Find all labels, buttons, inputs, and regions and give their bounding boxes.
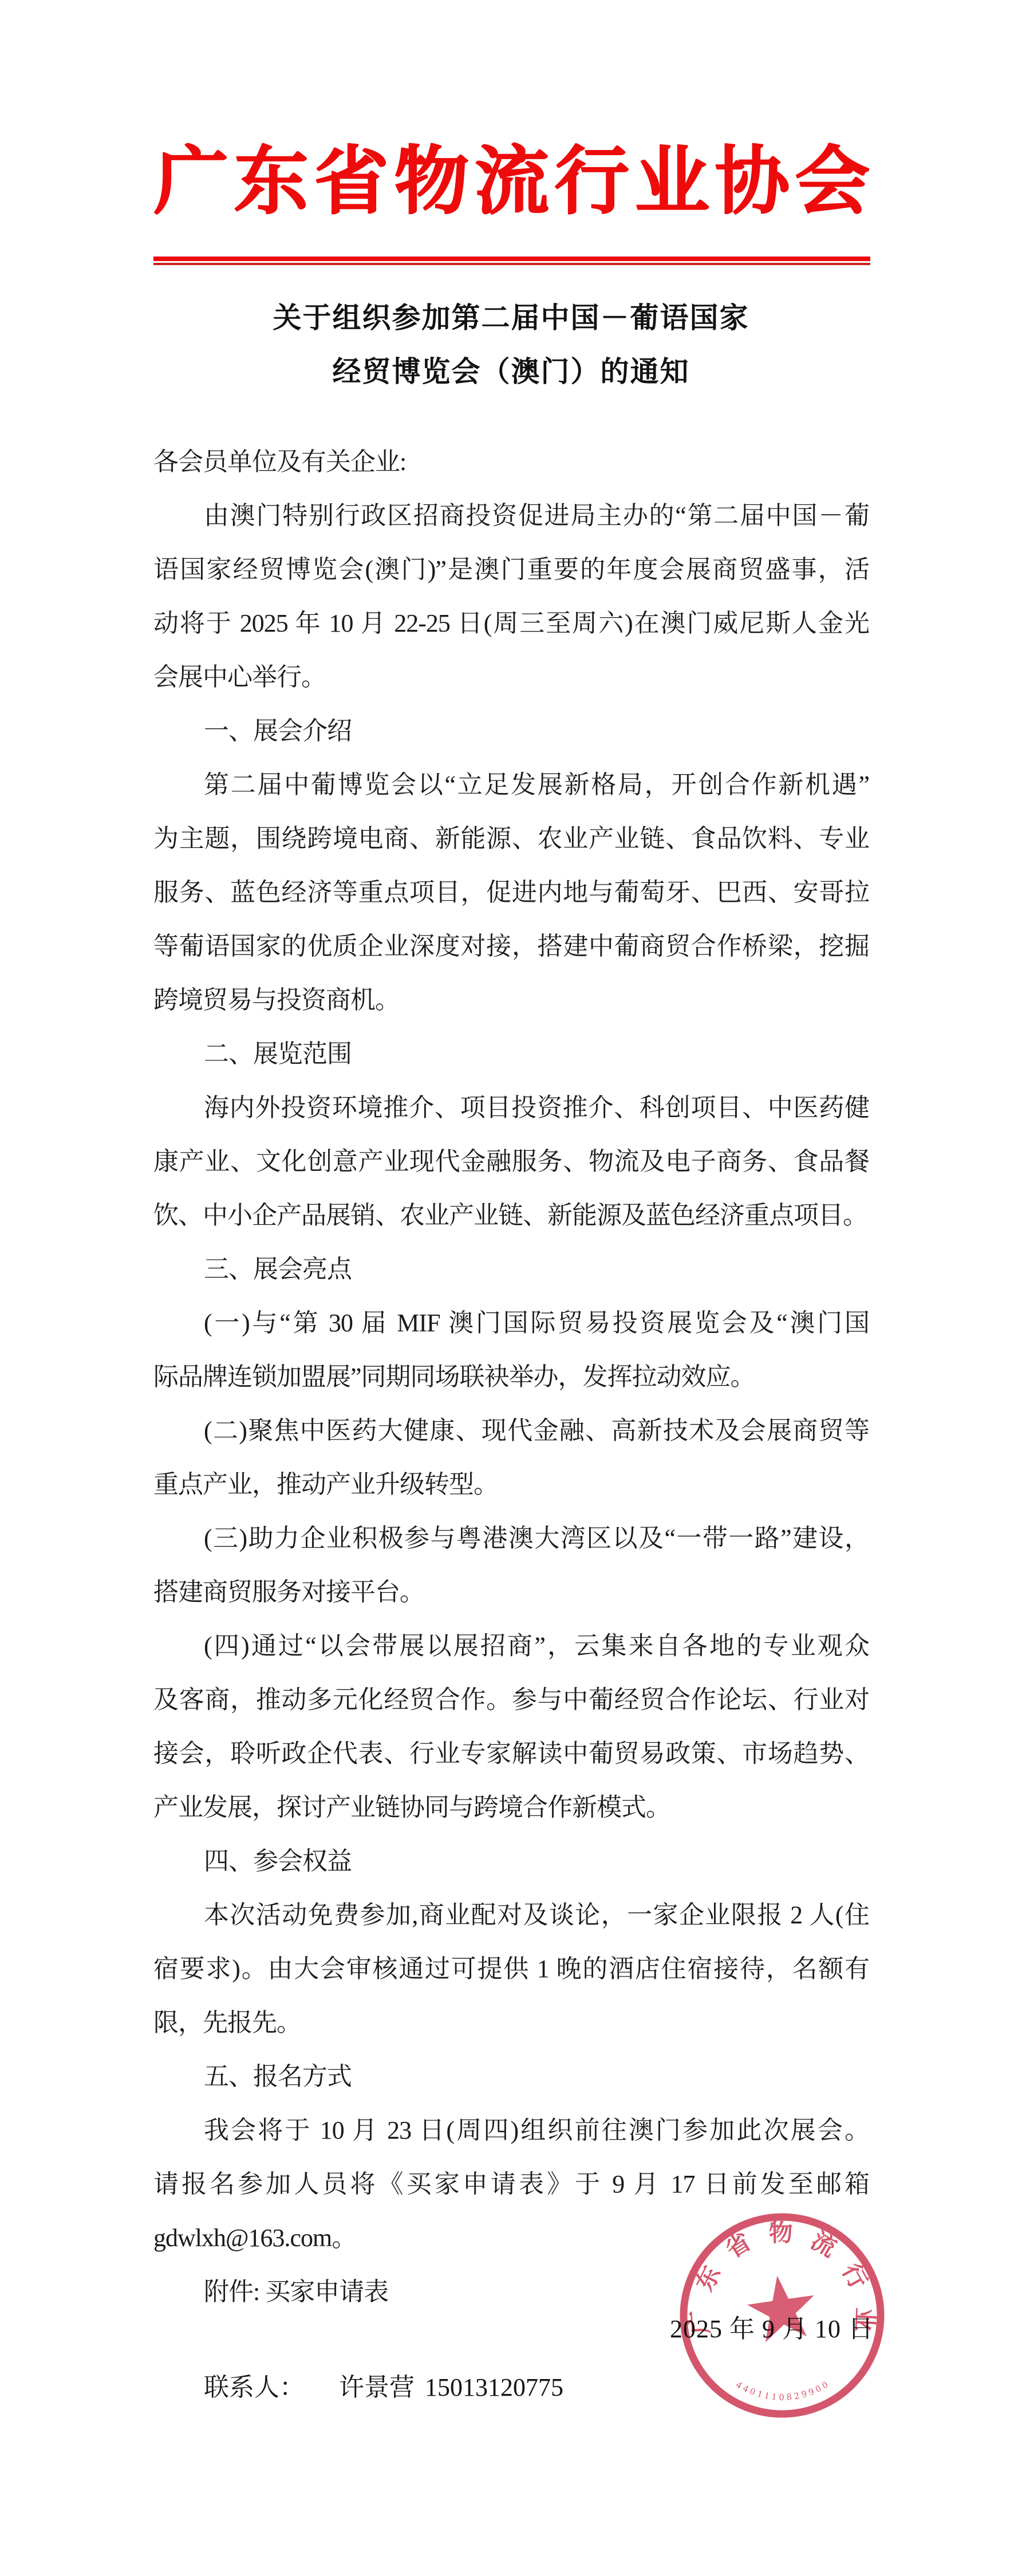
body-line: 由澳门特别行政区招商投资促进局主办的“第二届中国－葡 [153,489,869,543]
body-line: 语国家经贸博览会(澳门)”是澳门重要的年度会展商贸盛事，活 [153,543,869,597]
body-line: 搭建商贸服务对接平台。 [153,1565,869,1619]
body-line: 跨境贸易与投资商机。 [153,973,869,1027]
body-line: 限，先报先。 [153,1996,869,2050]
seal-code-text: 4401110829900 [734,2379,830,2403]
divider-thick-bar [153,257,870,261]
body-line: 四、参会权益 [153,1835,869,1888]
body-line: 际品牌连锁加盟展”同期同场联袂举办，发挥拉动效应。 [153,1350,869,1404]
doc-title-line2: 经贸博览会（澳门）的通知 [0,345,1022,399]
doc-title-line1: 关于组织参加第二届中国－葡语国家 [0,291,1022,345]
body-line: 产业发展，探讨产业链协同与跨境合作新模式。 [153,1781,869,1835]
body-line: 一、展会介绍 [153,704,869,758]
doc-title: 关于组织参加第二届中国－葡语国家 经贸博览会（澳门）的通知 [0,291,1022,399]
body-line: 饮、中小企产品展销、农业产业链、新能源及蓝色经济重点项目。 [153,1189,869,1242]
body-line: 服务、蓝色经济等重点项目，促进内地与葡萄牙、巴西、安哥拉 [153,866,869,920]
body-line: (一)与“第 30 届 MIF 澳门国际贸易投资展览会及“澳门国 [153,1296,869,1350]
seal-star-icon [744,2271,819,2344]
body-line: 会展中心举行。 [153,650,869,704]
body-flow: 各会员单位及有关企业:由澳门特别行政区招商投资促进局主办的“第二届中国－葡语国家… [153,435,869,2319]
official-seal: 广东省物流行业协会 4401110829900 [668,2201,897,2430]
body-line: (四)通过“以会带展以展招商”，云集来自各地的专业观众 [153,1619,869,1673]
body-line: 二、展览范围 [153,1027,869,1081]
body-line: 为主题，围绕跨境电商、新能源、农业产业链、食品饮料、专业 [153,812,869,866]
body-line: 重点产业，推动产业升级转型。 [153,1458,869,1512]
body-line: 五、报名方式 [153,2050,869,2104]
contact-phone: 15013120775 [425,2373,563,2401]
body-line: 海内外投资环境推介、项目投资推介、科创项目、中医药健 [153,1081,869,1135]
divider-thin-bar [153,263,870,265]
contact-name: 许景营 [339,2373,415,2401]
masthead-divider [153,257,870,265]
body-line: 动将于 2025 年 10 月 22-25 日(周三至周六)在澳门威尼斯人金光 [153,597,869,650]
body-line: 各会员单位及有关企业: [153,435,869,489]
body-line: 及客商，推动多元化经贸合作。参与中葡经贸合作论坛、行业对 [153,1673,869,1727]
seal-graphic: 广东省物流行业协会 4401110829900 [668,2201,897,2430]
body-line: 我会将于 10 月 23 日(周四)组织前往澳门参加此次展会。 [153,2104,869,2157]
body-line: 三、展会亮点 [153,1242,869,1296]
body-line: 接会，聆听政企代表、行业专家解读中葡贸易政策、市场趋势、 [153,1727,869,1781]
contact-line: 联系人：许景营15013120775 [204,2372,563,2404]
body-line: 等葡语国家的优质企业深度对接，搭建中葡商贸合作桥梁，挖掘 [153,920,869,973]
body-line: 第二届中葡博览会以“立足发展新格局，开创合作新机遇” [153,758,869,812]
body-line: (二)聚焦中医药大健康、现代金融、高新技术及会展商贸等 [153,1404,869,1458]
body-line: 宿要求)。由大会审核通过可提供 1 晚的酒店住宿接待，名额有 [153,1942,869,1996]
body-line: 本次活动免费参加,商业配对及谈论，一家企业限报 2 人(住 [153,1888,869,1942]
contact-label: 联系人： [204,2373,305,2401]
body-line: 康产业、文化创意产业现代金融服务、物流及电子商务、食品餐 [153,1135,869,1189]
org-masthead: 广东省物流行业协会 [153,142,869,222]
body-line: (三)助力企业积极参与粤港澳大湾区以及“一带一路”建设， [153,1512,869,1565]
document-page: 广东省物流行业协会 关于组织参加第二届中国－葡语国家 经贸博览会（澳门）的通知 … [0,0,1022,2576]
